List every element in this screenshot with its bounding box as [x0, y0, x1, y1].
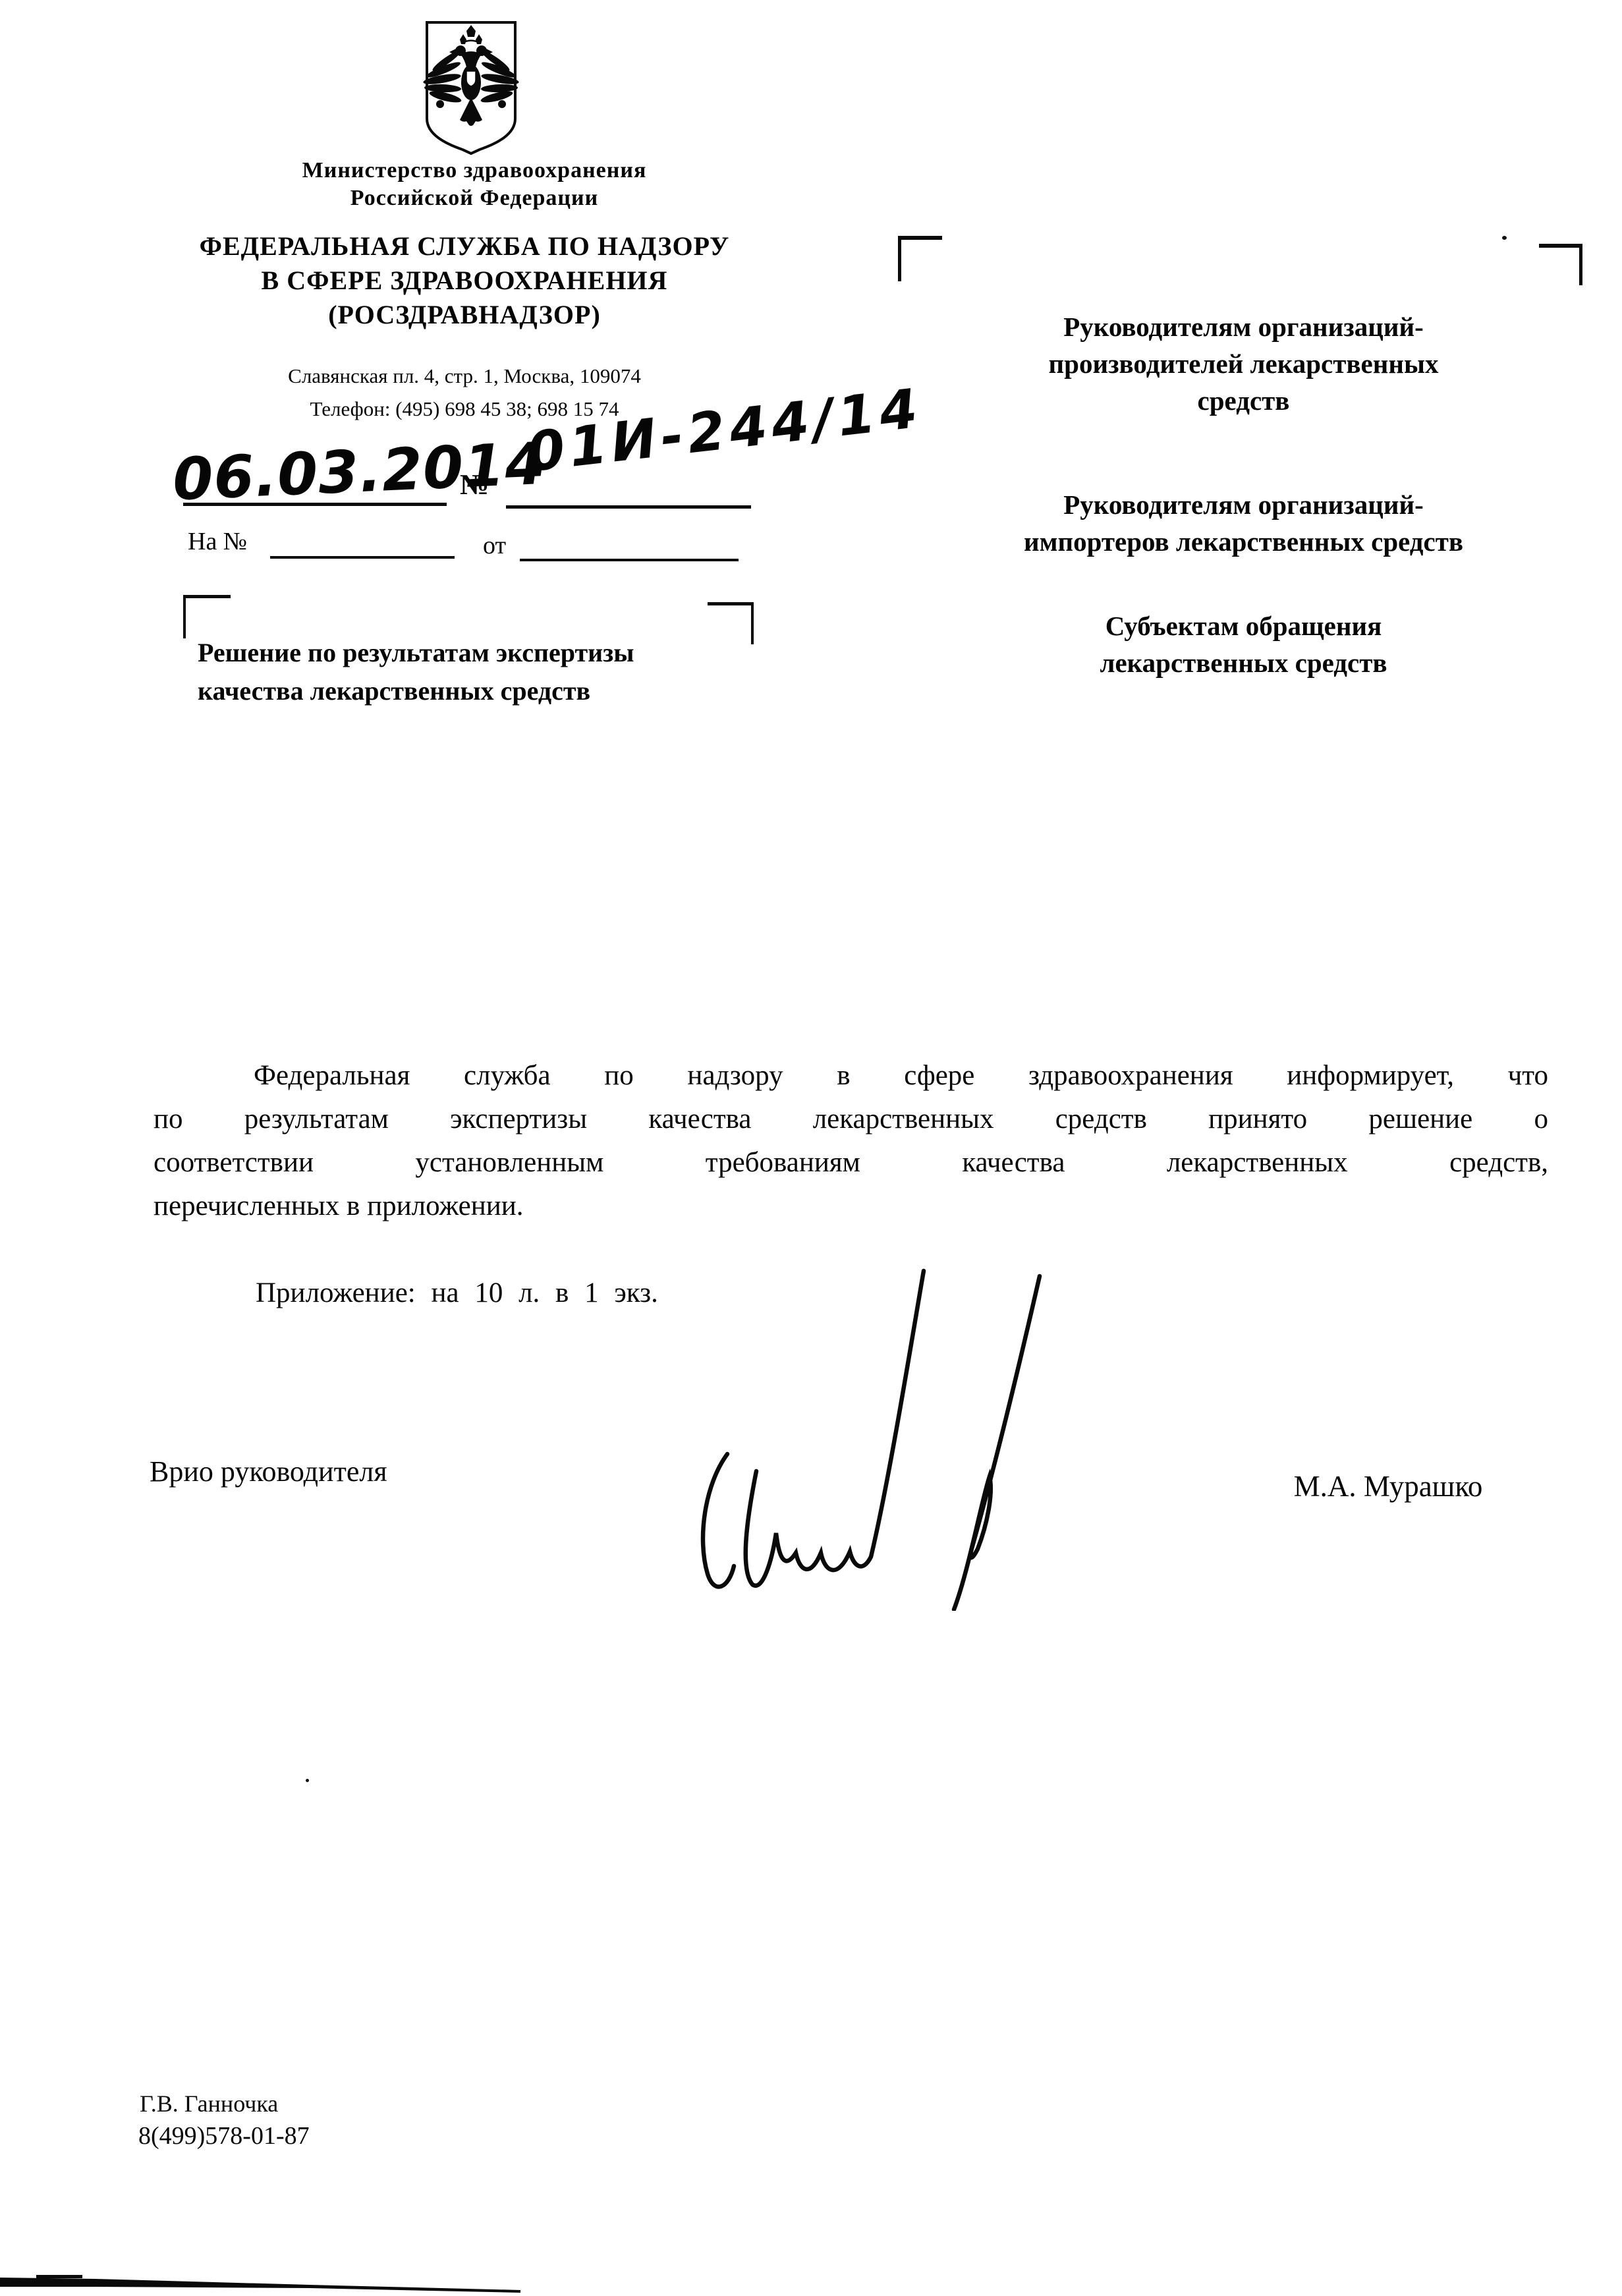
addressee-line: Руководителям организаций-: [945, 308, 1542, 345]
handwritten-date: 06.03.2014: [171, 430, 547, 514]
executor-name: Г.В. Ганночка: [140, 2090, 278, 2117]
reply-number-blank-line: [270, 556, 455, 559]
addressee-importers: Руководителям организаций- импортеров ле…: [945, 486, 1542, 560]
agency-address: Славянская пл. 4, стр. 1, Москва, 109074: [165, 364, 764, 388]
addressee-line: Руководителям организаций-: [945, 486, 1542, 523]
number-sign: №: [460, 468, 489, 501]
addressee-line: средств: [945, 382, 1542, 419]
ministry-line-1: Министерство здравоохранения: [224, 157, 725, 184]
attachment-note: Приложение: на 10 л. в 1 экз.: [256, 1277, 658, 1309]
agency-line-2: В СФЕРЕ ЗДРАВООХРАНЕНИЯ: [165, 264, 764, 298]
number-underline: [506, 505, 751, 509]
ministry-line-2: Российской Федерации: [224, 184, 725, 212]
body-line-1: Федеральная служба по надзору в сфере зд…: [154, 1054, 1548, 1098]
reply-number-label: На №: [188, 527, 247, 556]
subject-line-2: качества лекарственных средств: [198, 672, 725, 710]
addressee-line: импортеров лекарственных средств: [945, 523, 1542, 560]
body-line-4: перечисленных в приложении.: [154, 1185, 1548, 1228]
scan-speck: [306, 1779, 309, 1782]
subject-line-1: Решение по результатам экспертизы: [198, 634, 725, 672]
date-underline: [183, 503, 447, 506]
subject-block: Решение по результатам экспертизы качест…: [198, 634, 725, 710]
body-line-3: соответствии установленным требованиям к…: [154, 1141, 1548, 1185]
ministry-name: Министерство здравоохранения Российской …: [224, 157, 725, 212]
addressee-circulation-subjects: Субъектам обращения лекарственных средст…: [945, 607, 1542, 681]
body-line-2: по результатам экспертизы качества лекар…: [154, 1098, 1548, 1141]
reply-date-label: от: [483, 531, 506, 560]
addressee-line: производителей лекарственных: [945, 345, 1542, 382]
scanned-letter-page: Министерство здравоохранения Российской …: [0, 0, 1622, 2296]
reply-date-blank-line: [520, 559, 739, 561]
agency-line-3: (РОСЗДРАВНАДЗОР): [165, 298, 764, 332]
addressee-line: Субъектам обращения: [945, 607, 1542, 644]
addressee-corner-mark-right: [1538, 244, 1582, 286]
scan-speck: [1502, 236, 1507, 240]
signer-position-title: Врио руководителя: [150, 1455, 387, 1488]
signer-name: М.А. Мурашко: [1259, 1469, 1517, 1503]
agency-name: ФЕДЕРАЛЬНАЯ СЛУЖБА ПО НАДЗОРУ В СФЕРЕ ЗД…: [165, 229, 764, 332]
russia-coat-of-arms-icon: [422, 18, 520, 155]
scan-edge-artifact: [0, 2273, 527, 2296]
signature-icon: [685, 1262, 1080, 1611]
handwritten-number: 01И-244/14: [524, 377, 925, 484]
executor-phone: 8(499)578-01-87: [138, 2121, 310, 2150]
addressee-manufacturers: Руководителям организаций- производителе…: [945, 308, 1542, 419]
agency-line-1: ФЕДЕРАЛЬНАЯ СЛУЖБА ПО НАДЗОРУ: [165, 229, 764, 264]
addressee-line: лекарственных средств: [945, 644, 1542, 681]
addressee-corner-mark-left: [898, 236, 944, 282]
